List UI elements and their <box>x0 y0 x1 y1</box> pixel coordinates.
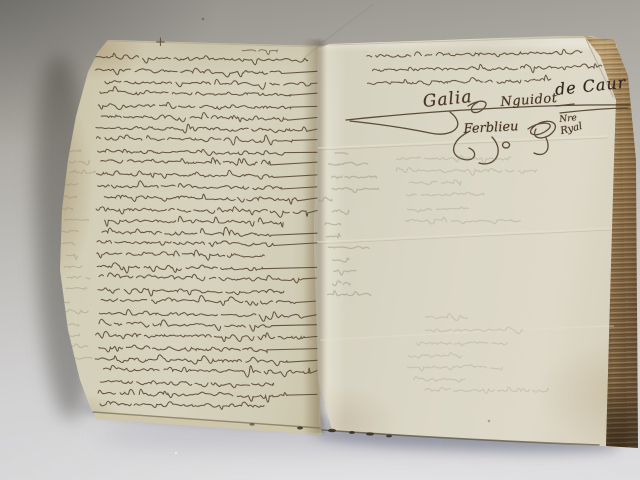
scribble-bleed-through-middle <box>396 156 537 224</box>
signature-ferblieu: Ferblieu <box>463 119 519 137</box>
scribble-bleed-through-lower <box>408 314 549 394</box>
scribble-bleed-through-gutter <box>319 153 379 296</box>
handwriting-ink-layer <box>0 0 640 480</box>
photo-of-manuscript: + Galia Nguidot de Caur Ferblieu Nre Rya… <box>0 0 640 480</box>
scribble-interline-insert <box>242 50 277 55</box>
scribble-left-margin-showthrough <box>58 150 95 371</box>
scribble-left-page-body <box>95 53 317 409</box>
table-marks <box>175 4 491 454</box>
notarial-cross-mark: + <box>155 35 166 50</box>
